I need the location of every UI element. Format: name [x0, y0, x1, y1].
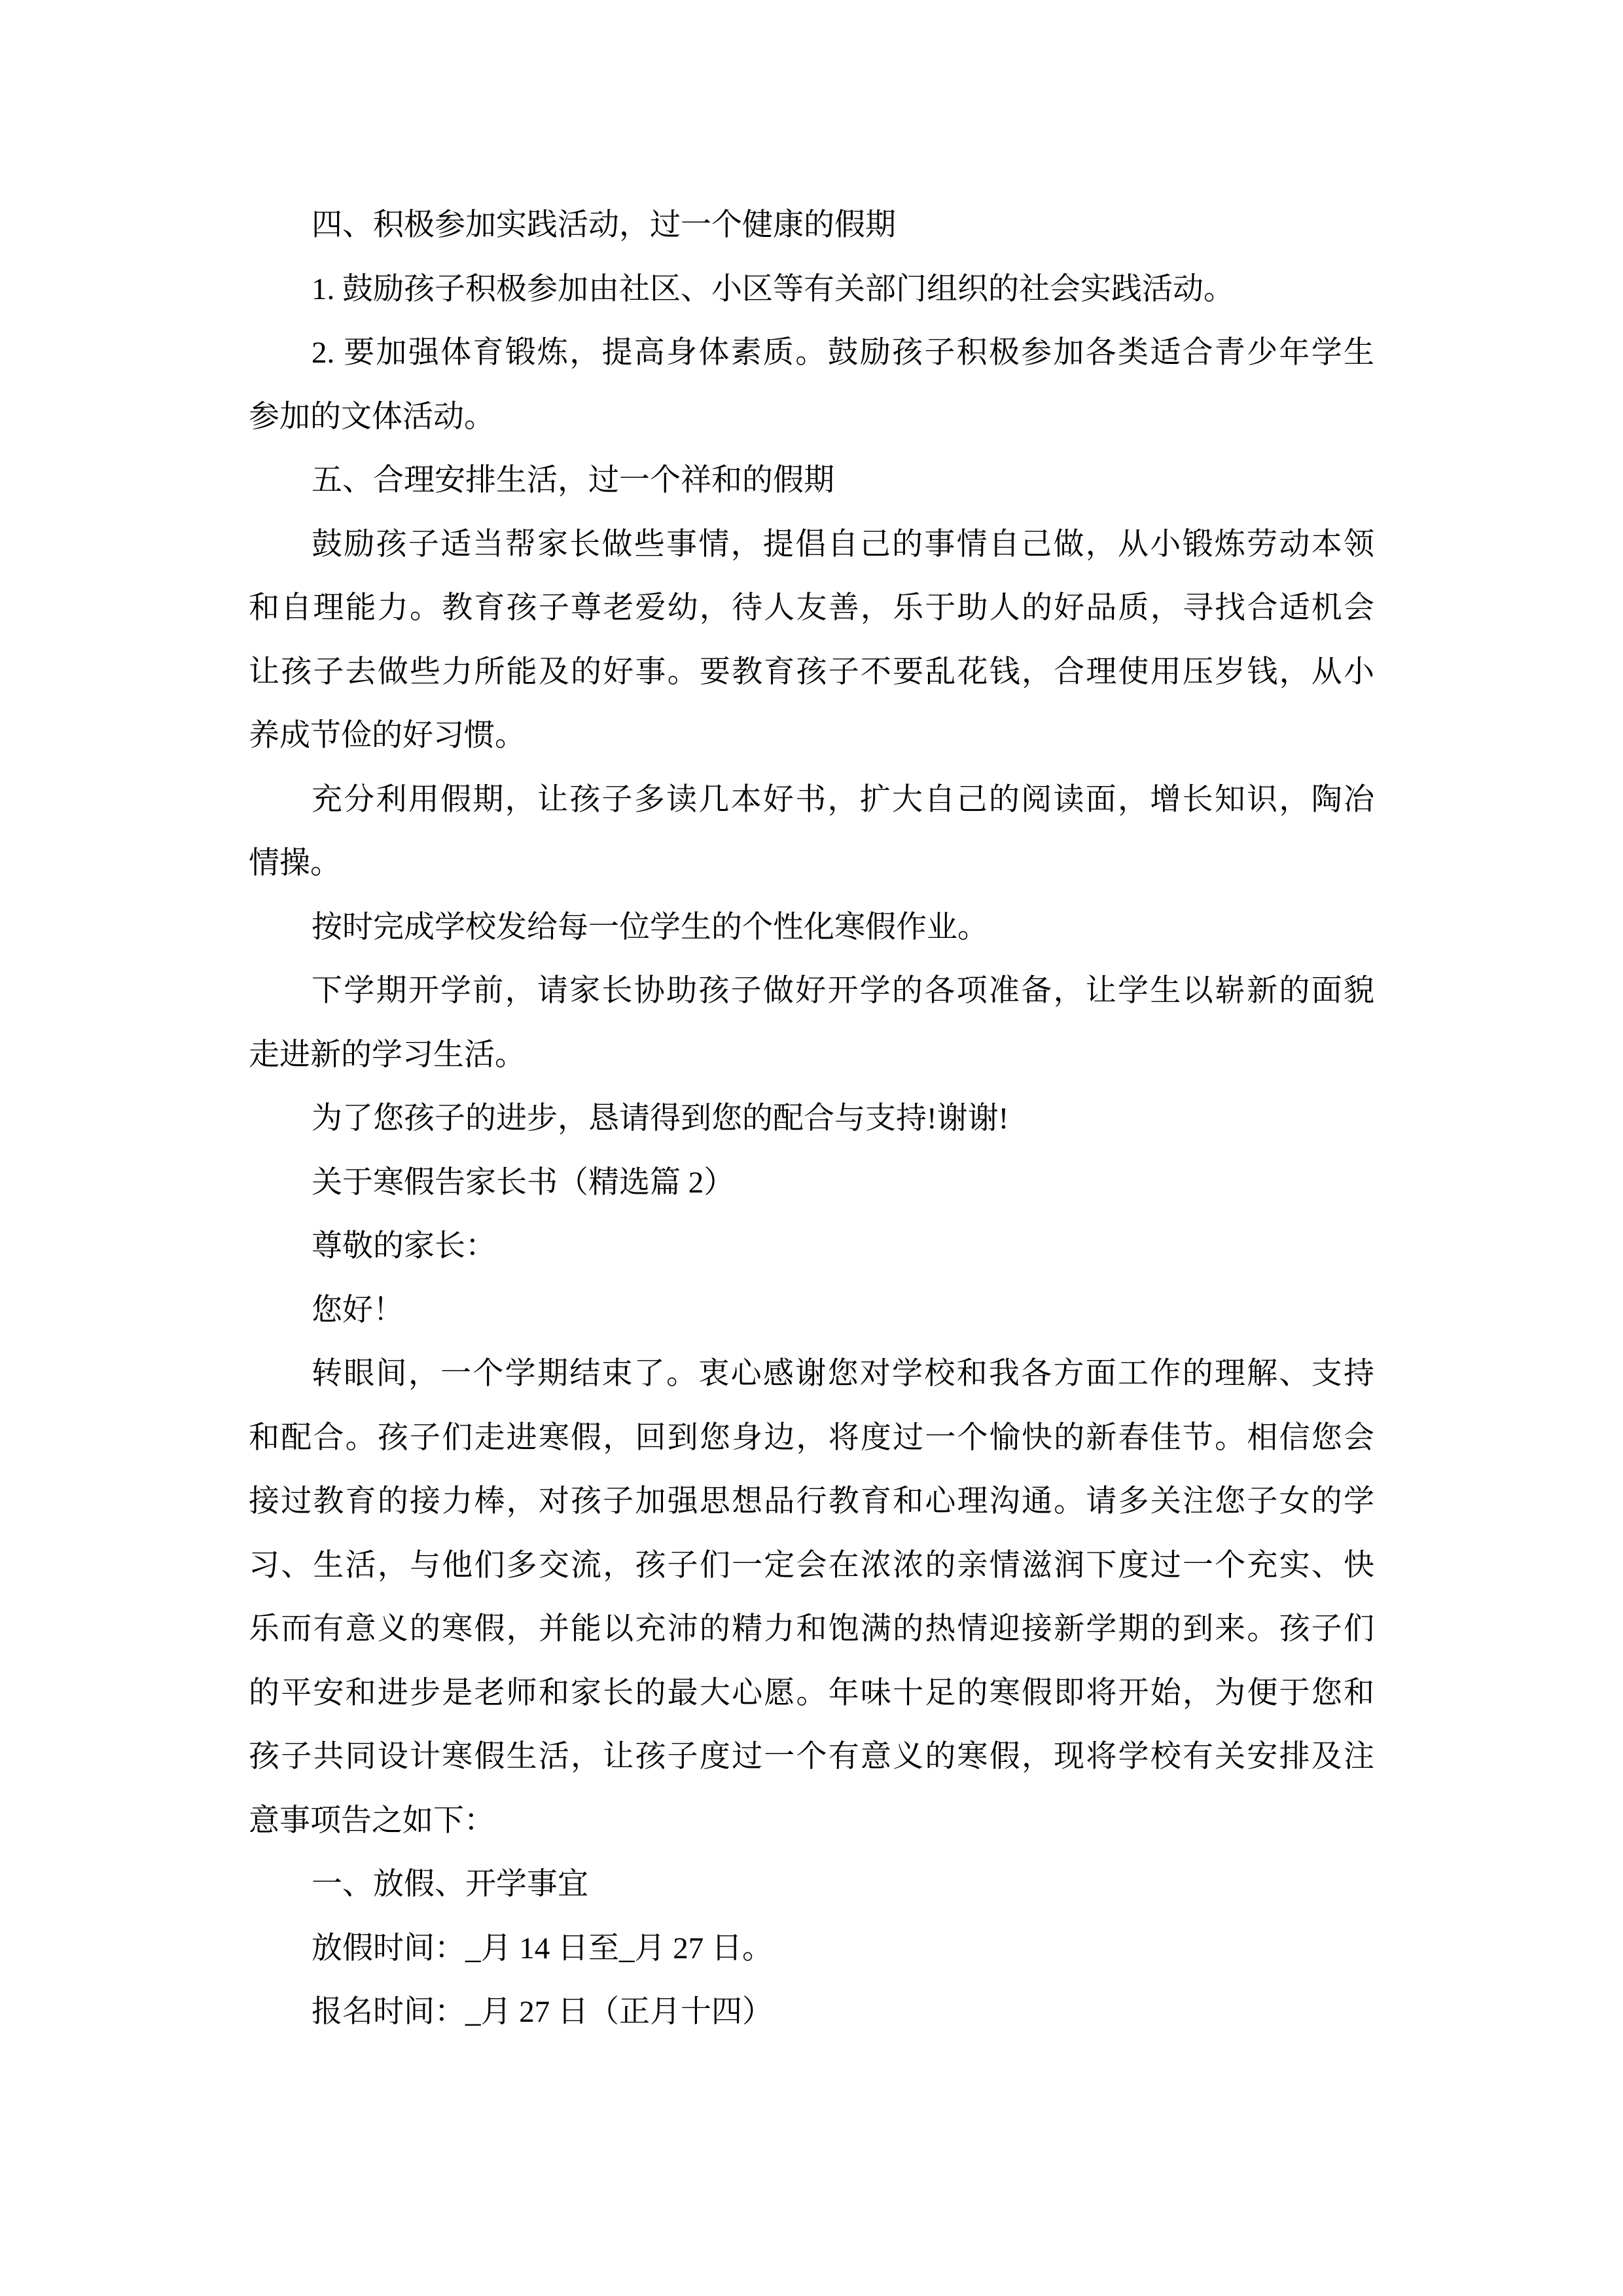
text-line: 转眼间，一个学期结束了。衷心感谢您对学校和我各方面工作的理解、支持 [249, 1342, 1374, 1407]
text-line: 走进新的学习生活。 [249, 1024, 1374, 1088]
text-line: 关于寒假告家长书（精选篇 2） [249, 1151, 1374, 1215]
text-line: 孩子共同设计寒假生活，让孩子度过一个有意义的寒假，现将学校有关安排及注 [249, 1725, 1374, 1789]
text-line: 和配合。孩子们走进寒假，回到您身边，将度过一个愉快的新春佳节。相信您会 [249, 1407, 1374, 1471]
text-line: 尊敬的家长： [249, 1215, 1374, 1279]
text-line: 五、合理安排生活，过一个祥和的假期 [249, 449, 1374, 513]
text-line: 和自理能力。教育孩子尊老爱幼，待人友善，乐于助人的好品质，寻找合适机会 [249, 577, 1374, 641]
text-line: 养成节俭的好习惯。 [249, 704, 1374, 768]
text-line: 接过教育的接力棒，对孩子加强思想品行教育和心理沟通。请多关注您子女的学 [249, 1470, 1374, 1534]
text-line: 报名时间：_月 27 日（正月十四） [249, 1981, 1374, 2045]
text-line: 意事项告之如下： [249, 1789, 1374, 1854]
text-line: 的平安和进步是老师和家长的最大心愿。年味十足的寒假即将开始，为便于您和 [249, 1662, 1374, 1726]
text-line: 充分利用假期，让孩子多读几本好书，扩大自己的阅读面，增长知识，陶冶 [249, 768, 1374, 833]
text-line: 四、积极参加实践活动，过一个健康的假期 [249, 194, 1374, 258]
text-line: 鼓励孩子适当帮家长做些事情，提倡自己的事情自己做，从小锻炼劳动本领 [249, 513, 1374, 577]
text-line: 为了您孩子的进步，恳请得到您的配合与支持!谢谢! [249, 1087, 1374, 1151]
text-line: 让孩子去做些力所能及的好事。要教育孩子不要乱花钱，合理使用压岁钱，从小 [249, 641, 1374, 705]
text-line: 按时完成学校发给每一位学生的个性化寒假作业。 [249, 896, 1374, 960]
text-line: 下学期开学前，请家长协助孩子做好开学的各项准备，让学生以崭新的面貌 [249, 960, 1374, 1024]
text-line: 您好！ [249, 1279, 1374, 1343]
text-line: 习、生活，与他们多交流，孩子们一定会在浓浓的亲情滋润下度过一个充实、快 [249, 1534, 1374, 1598]
text-line: 2. 要加强体育锻炼，提高身体素质。鼓励孩子积极参加各类适合青少年学生 [249, 321, 1374, 386]
text-line: 乐而有意义的寒假，并能以充沛的精力和饱满的热情迎接新学期的到来。孩子们 [249, 1598, 1374, 1662]
text-line: 1. 鼓励孩子积极参加由社区、小区等有关部门组织的社会实践活动。 [249, 258, 1374, 322]
text-line: 放假时间：_月 14 日至_月 27 日。 [249, 1917, 1374, 1981]
text-line: 一、放假、开学事宜 [249, 1853, 1374, 1917]
document-page: 四、积极参加实践活动，过一个健康的假期1. 鼓励孩子积极参加由社区、小区等有关部… [249, 194, 1374, 2045]
text-line: 参加的文体活动。 [249, 386, 1374, 450]
text-line: 情操。 [249, 832, 1374, 896]
